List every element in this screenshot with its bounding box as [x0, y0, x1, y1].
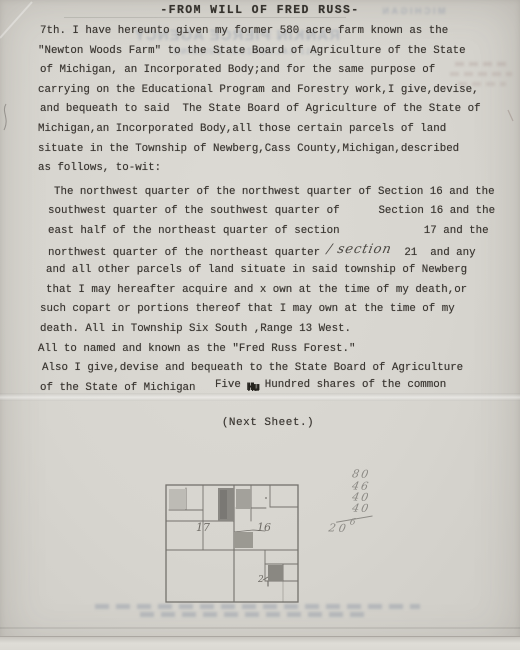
typed-text: death. All in Township Six South ,Range … — [40, 323, 351, 335]
typed-text: "Newton Woods Farm" to the State Board o… — [38, 45, 466, 57]
typed-text: The northwest quarter of the northwest q… — [54, 186, 495, 198]
left-margin-pencil-mark — [4, 104, 6, 130]
next-sheet-note: (Next Sheet.) — [8, 417, 520, 429]
typed-line: such copart or portions thereof that I m… — [40, 300, 508, 320]
bleed-through-stamp-row — [140, 612, 365, 617]
typed-text: and bequeath to said The State Board of … — [40, 103, 481, 115]
handwritten-insert: ∕ section — [325, 240, 394, 260]
typed-line: northwest quarter of the northeast quart… — [48, 242, 508, 262]
typed-text: Also I give,devise and bequeath to the S… — [42, 362, 463, 374]
typed-text: that I may hereafter acquire and x own a… — [46, 284, 467, 296]
typed-text: All to named and known as the "Fred Russ… — [38, 343, 355, 355]
typed-text: Hundred shares of the common — [258, 379, 446, 391]
typed-line: 7th. I have hereunto given my former 580… — [40, 22, 508, 42]
typed-line: that I may hereafter acquire and x own a… — [46, 281, 508, 301]
document-page: MICHIGAN RANKIN PIERCE AGENCY 311 KALAMA… — [0, 0, 520, 650]
typed-text: and all other parcels of land situate in… — [46, 264, 467, 276]
section-16-label: 16 — [257, 521, 271, 534]
section-17-label: 17 — [196, 521, 210, 534]
fold-crease — [0, 393, 520, 401]
typed-line: "Newton Woods Farm" to the State Board o… — [38, 42, 508, 62]
typed-text: such copart or portions thereof that I m… — [40, 303, 455, 315]
typed-text: as follows, to-wit: — [38, 162, 161, 174]
plat-map-sketch: 17 16 2 — [160, 478, 310, 610]
typed-line: east half of the northeast quarter of se… — [48, 222, 508, 242]
typed-text: of the State of Michigan — [40, 382, 215, 394]
title-underline — [64, 17, 346, 18]
typed-line: situate in the Township of Newberg,Cass … — [38, 140, 508, 160]
page-bottom-edge — [0, 636, 520, 650]
typed-line: carrying on the Educational Program and … — [38, 81, 508, 101]
typed-text: 7th. I have hereunto given my former 580… — [40, 25, 448, 37]
bleed-through-stamp-row — [95, 604, 420, 609]
typed-line: Also I give,devise and bequeath to the S… — [42, 359, 508, 379]
right-margin-mark — [508, 110, 513, 121]
typed-line: The northwest quarter of the northwest q… — [54, 183, 508, 203]
typed-line: of Michigan, an Incorporated Body;and fo… — [40, 61, 508, 81]
typed-text: situate in the Township of Newberg,Cass … — [38, 143, 459, 155]
bottom-crease — [0, 627, 520, 629]
section-21-label: 2 — [257, 575, 264, 585]
typed-line: Michigan,an Incorporated Body,all those … — [38, 120, 508, 140]
typed-text: southwest quarter of the southwest quart… — [48, 205, 495, 217]
typed-text: northwest quarter of the northeast quart… — [48, 247, 327, 259]
typed-text: 21 and any — [391, 247, 475, 259]
page-title: -FROM WILL OF FRED RUSS- — [0, 4, 520, 17]
tally-total: 206 — [328, 520, 359, 536]
typed-line: as follows, to-wit: — [38, 159, 508, 179]
typed-line: and bequeath to said The State Board of … — [40, 100, 508, 120]
typed-line: and all other parcels of land situate in… — [46, 261, 508, 281]
typed-line: death. All in Township Six South ,Range … — [40, 320, 508, 340]
typed-text: of Michigan, an Incorporated Body;and fo… — [40, 64, 435, 76]
typed-line: All to named and known as the "Fred Russ… — [38, 340, 508, 360]
typed-text: carrying on the Educational Program and … — [38, 84, 479, 96]
handwritten-tally: 206 80464040 — [326, 463, 410, 545]
typed-text: Hu — [247, 382, 258, 394]
typed-text: Michigan,an Incorporated Body,all those … — [38, 123, 446, 135]
typed-line: southwest quarter of the southwest quart… — [48, 202, 508, 222]
typed-text-block: 7th. I have hereunto given my former 580… — [38, 22, 508, 398]
typed-text: east half of the northeast quarter of se… — [48, 225, 489, 237]
tally-value: 40 — [351, 501, 371, 515]
typed-text: Five — [215, 379, 247, 391]
